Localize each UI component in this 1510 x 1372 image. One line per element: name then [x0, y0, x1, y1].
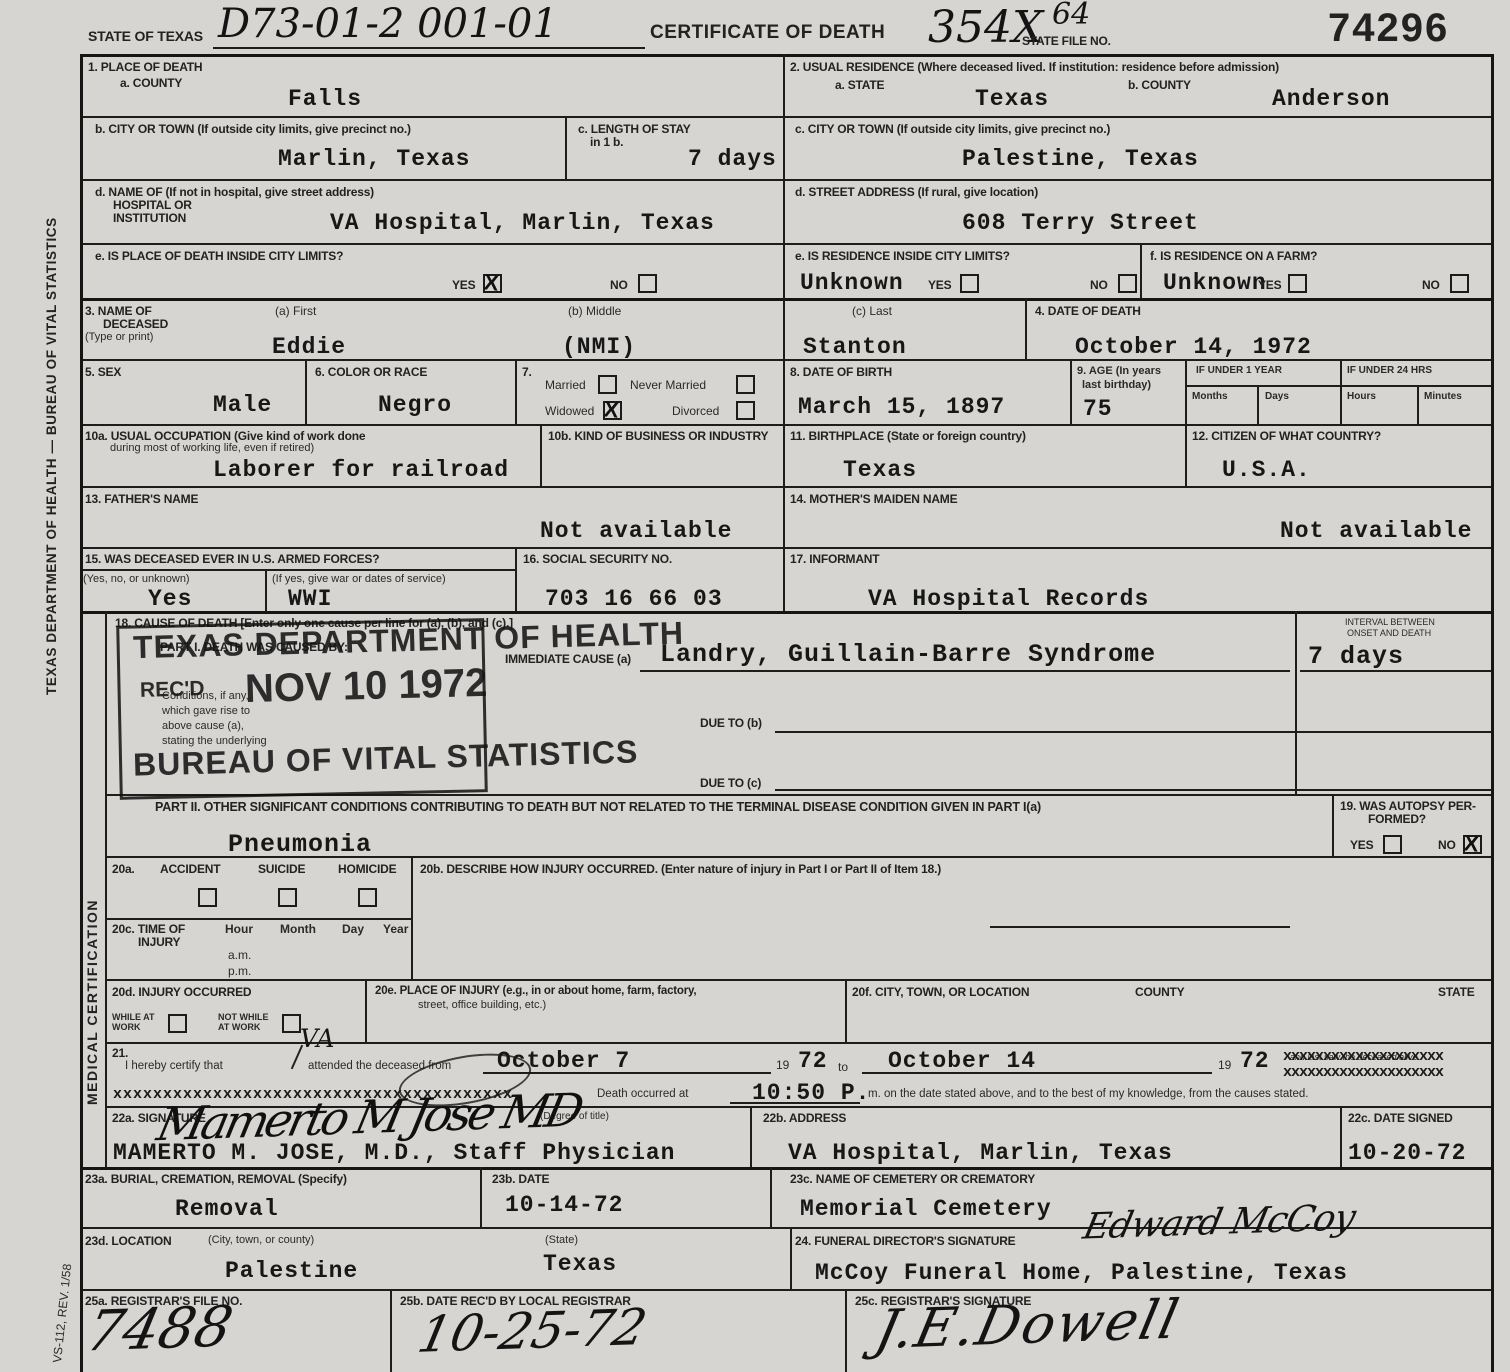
- county-value: Falls: [288, 88, 362, 111]
- line: [80, 116, 1493, 118]
- registrar-signature: J.E.Dowell: [871, 1293, 1185, 1357]
- first-name-value: Eddie: [272, 336, 346, 359]
- farm-value: Unknown: [1163, 272, 1267, 295]
- residence-city-value: Palestine, Texas: [962, 148, 1199, 171]
- due-to-c-label: DUE TO (c): [700, 776, 761, 790]
- funeral-director-label: 24. FUNERAL DIRECTOR'S SIGNATURE: [795, 1234, 1015, 1248]
- state-file-no-label: STATE FILE NO.: [1022, 34, 1111, 48]
- homicide-checkbox: [358, 888, 377, 907]
- length-of-stay-label: c. LENGTH OF STAY: [578, 122, 691, 136]
- street-address-value: 608 Terry Street: [962, 212, 1199, 235]
- divorced-label: Divorced: [672, 404, 719, 418]
- city-label: b. CITY OR TOWN (If outside city limits,…: [95, 122, 411, 136]
- yes-label: YES: [1350, 838, 1373, 852]
- marital-label: 7.: [522, 365, 532, 379]
- birthplace-label: 11. BIRTHPLACE (State or foreign country…: [790, 429, 1026, 443]
- line: [750, 1106, 752, 1167]
- line: [1257, 385, 1259, 424]
- citizen-label: 12. CITIZEN OF WHAT COUNTRY?: [1192, 429, 1381, 443]
- physician-name-value: MAMERTO M. JOSE, M.D., Staff Physician: [113, 1142, 676, 1165]
- line: [1340, 359, 1342, 424]
- injury-occurred-label: 20d. INJURY OCCURRED: [112, 985, 251, 999]
- line: [783, 54, 785, 611]
- physician-signature: Mamerto M Jose MD: [153, 1087, 584, 1148]
- death-city-limits-no-checkbox: [638, 274, 657, 293]
- last-name-label: (c) Last: [852, 304, 892, 318]
- accident-checkbox: [198, 888, 217, 907]
- farm-no-checkbox: [1450, 274, 1469, 293]
- ssn-label: 16. SOCIAL SECURITY NO.: [523, 552, 672, 566]
- line: [80, 54, 83, 1372]
- line: [1491, 54, 1494, 1372]
- line: [1140, 243, 1142, 298]
- attended-from-year: 72: [798, 1050, 828, 1073]
- line: [1185, 359, 1187, 424]
- place-of-death-section-label: 1. PLACE OF DEATH: [88, 60, 202, 74]
- months-label: Months: [1192, 391, 1228, 402]
- year-prefix1: 19: [776, 1058, 789, 1072]
- no-label: NO: [1090, 278, 1108, 292]
- date-of-death-label: 4. DATE OF DEATH: [1035, 304, 1141, 318]
- pm-label: p.m.: [228, 964, 251, 978]
- informant-value: VA Hospital Records: [868, 588, 1149, 611]
- line: [845, 979, 847, 1042]
- line: [1295, 611, 1297, 794]
- days-label: Days: [1265, 391, 1289, 402]
- not-while-at-work-checkbox: [282, 1014, 301, 1033]
- interval-value: 7 days: [1308, 644, 1404, 669]
- am-label: a.m.: [228, 948, 251, 962]
- handwritten-va: VA: [300, 1026, 334, 1051]
- date-signed-value: 10-20-72: [1348, 1142, 1466, 1165]
- date-signed-label: 22c. DATE SIGNED: [1348, 1111, 1453, 1125]
- burial-type-value: Removal: [175, 1198, 279, 1221]
- line: [80, 1289, 1493, 1291]
- street-address-label: d. STREET ADDRESS (If rural, give locati…: [795, 185, 1038, 199]
- occupation-label2: during most of working life, even if ret…: [110, 442, 314, 454]
- cemetery-value: Memorial Cemetery: [800, 1198, 1052, 1221]
- line: [480, 1167, 482, 1227]
- suicide-label: SUICIDE: [258, 862, 305, 876]
- hour-label: Hour: [225, 922, 253, 936]
- under-24hr-label: IF UNDER 24 HRS: [1347, 365, 1432, 376]
- line: [80, 486, 1493, 488]
- residence-state-label: a. STATE: [835, 78, 884, 92]
- race-value: Negro: [378, 394, 452, 417]
- farm-yes-checkbox: [1288, 274, 1307, 293]
- line: [1332, 794, 1334, 856]
- autopsy-no-checkbox: [1463, 835, 1482, 854]
- certificate-title: CERTIFICATE OF DEATH: [650, 22, 885, 44]
- occupation-label: 10a. USUAL OCCUPATION (Give kind of work…: [85, 429, 365, 443]
- armed-forces-label: 15. WAS DECEASED EVER IN U.S. ARMED FORC…: [85, 552, 379, 566]
- father-value: Not available: [540, 520, 732, 543]
- year-label: Year: [383, 922, 408, 936]
- line: [265, 569, 267, 611]
- line: [80, 1167, 1493, 1170]
- line: [845, 1289, 847, 1372]
- residence-city-limits-yes-checkbox: [960, 274, 979, 293]
- certificate-number: 74296: [1328, 6, 1449, 51]
- age-label2: last birthday): [1082, 379, 1151, 391]
- line: [1185, 385, 1493, 387]
- state-of-texas-label: STATE OF TEXAS: [88, 28, 203, 44]
- widowed-label: Widowed: [545, 404, 594, 418]
- injury-city-label: 20f. CITY, TOWN, OR LOCATION: [852, 985, 1029, 999]
- middle-name-value: (NMI): [562, 336, 636, 359]
- injury-20b-label: 20b. DESCRIBE HOW INJURY OCCURRED. (Ente…: [420, 862, 941, 876]
- time-of-injury-label2: INJURY: [138, 935, 180, 949]
- cemetery-label: 23c. NAME OF CEMETERY OR CREMATORY: [790, 1172, 1035, 1186]
- no-label: NO: [1438, 838, 1456, 852]
- residence-section-label: 2. USUAL RESIDENCE (Where deceased lived…: [790, 60, 1279, 74]
- line: [1025, 298, 1027, 359]
- residence-city-limits-value: Unknown: [800, 272, 904, 295]
- certify-num: 21.: [112, 1046, 128, 1060]
- farm-label: f. IS RESIDENCE ON A FARM?: [1150, 249, 1317, 263]
- line: [1300, 670, 1491, 672]
- under-1yr-label: IF UNDER 1 YEAR: [1196, 365, 1282, 376]
- divorced-checkbox: [736, 401, 755, 420]
- location-city-label: (City, town, or county): [208, 1234, 314, 1246]
- line: [565, 116, 567, 179]
- sex-label: 5. SEX: [85, 365, 121, 379]
- registrar-file-value: 7488: [81, 1300, 237, 1361]
- stamp-date: NOV 10 1972: [244, 661, 487, 712]
- handwritten-number-2: 64: [1052, 0, 1090, 30]
- line: [515, 547, 517, 611]
- line: [365, 979, 367, 1042]
- sidebar-medical-certification-label: MEDICAL CERTIFICATION: [84, 899, 100, 1105]
- residence-city-label: c. CITY OR TOWN (If outside city limits,…: [795, 122, 1110, 136]
- suicide-checkbox: [278, 888, 297, 907]
- certify-text1: I hereby certify that: [125, 1060, 223, 1072]
- death-city-limits-yes-checkbox: [483, 274, 502, 293]
- accident-label: ACCIDENT: [160, 862, 220, 876]
- autopsy-label: 19. WAS AUTOPSY PER-: [1340, 799, 1476, 813]
- mother-label: 14. MOTHER'S MAIDEN NAME: [790, 492, 957, 506]
- no-label: NO: [1422, 278, 1440, 292]
- married-label: Married: [545, 378, 586, 392]
- yes-label: YES: [1258, 278, 1281, 292]
- informant-label: 17. INFORMANT: [790, 552, 879, 566]
- registrar-date-value: 10-25-72: [414, 1302, 651, 1360]
- place-of-injury-label2: street, office building, etc.): [418, 999, 546, 1011]
- location-state-value: Texas: [543, 1253, 617, 1276]
- handwritten-district-code: D73-01-2 001-01: [218, 4, 558, 44]
- line: [515, 359, 517, 424]
- not-while-at-work-label: NOT WHILE: [218, 1012, 269, 1022]
- name-label3: (Type or print): [85, 331, 153, 343]
- never-married-label: Never Married: [630, 378, 706, 392]
- never-married-checkbox: [736, 375, 755, 394]
- yes-label: YES: [452, 278, 475, 292]
- line: [990, 926, 1290, 928]
- line: [80, 424, 1493, 426]
- occupation-value: Laborer for railroad: [213, 459, 509, 482]
- armed-forces-sub2: (If yes, give war or dates of service): [272, 573, 446, 585]
- funeral-director-signature: Edward McCoy: [1080, 1200, 1358, 1245]
- middle-name-label: (b) Middle: [568, 304, 621, 318]
- dob-value: March 15, 1897: [798, 396, 1005, 419]
- line: [213, 47, 645, 49]
- length-of-stay-label2: in 1 b.: [590, 135, 623, 149]
- hospital-value: VA Hospital, Marlin, Texas: [330, 212, 715, 235]
- armed-forces-value: Yes: [148, 588, 192, 611]
- injury-state-label: STATE: [1438, 985, 1475, 999]
- due-to-b-label: DUE TO (b): [700, 716, 762, 730]
- age-label: 9. AGE (In years: [1077, 365, 1161, 377]
- mother-value: Not available: [1280, 520, 1472, 543]
- death-city-limits-label: e. IS PLACE OF DEATH INSIDE CITY LIMITS?: [95, 249, 343, 263]
- homicide-label: HOMICIDE: [338, 862, 396, 876]
- immediate-cause-value: Landry, Guillain-Barre Syndrome: [660, 642, 1156, 667]
- minutes-label: Minutes: [1424, 391, 1462, 402]
- line: [1185, 424, 1187, 486]
- line: [80, 54, 1493, 57]
- sex-value: Male: [213, 394, 272, 417]
- line: [80, 179, 1493, 181]
- date-of-death-value: October 14, 1972: [1075, 336, 1312, 359]
- autopsy-yes-checkbox: [1383, 835, 1402, 854]
- line: [1340, 1106, 1342, 1167]
- address-label: 22b. ADDRESS: [763, 1111, 846, 1125]
- line: [775, 731, 1491, 733]
- hospital-label: d. NAME OF (If not in hospital, give str…: [95, 185, 374, 199]
- residence-city-limits-label: e. IS RESIDENCE INSIDE CITY LIMITS?: [795, 249, 1010, 263]
- no-label: NO: [610, 278, 628, 292]
- line: [411, 856, 413, 979]
- location-city-value: Palestine: [225, 1260, 358, 1283]
- x-out-marks: xxxxxxxxxxxxxxxxxxxx: [1283, 1048, 1443, 1065]
- line: [640, 670, 1290, 672]
- line: [1417, 385, 1419, 424]
- burial-label: 23a. BURIAL, CREMATION, REMOVAL (Specify…: [85, 1172, 347, 1186]
- part2-value: Pneumonia: [228, 832, 372, 857]
- armed-forces-sub1: (Yes, no, or unknown): [83, 573, 190, 585]
- while-at-work-label2: WORK: [112, 1022, 141, 1032]
- line: [80, 298, 1493, 301]
- married-checkbox: [598, 375, 617, 394]
- funeral-home-value: McCoy Funeral Home, Palestine, Texas: [815, 1262, 1348, 1285]
- residence-county-label: b. COUNTY: [1128, 78, 1191, 92]
- while-at-work-checkbox: [168, 1014, 187, 1033]
- death-certificate-scan: STATE OF TEXAS D73-01-2 001-01 CERTIFICA…: [0, 0, 1510, 1372]
- line: [80, 569, 516, 571]
- year-prefix2: 19: [1218, 1058, 1231, 1072]
- dob-label: 8. DATE OF BIRTH: [790, 365, 892, 379]
- residence-city-limits-no-checkbox: [1118, 274, 1137, 293]
- birthplace-value: Texas: [843, 459, 917, 482]
- location-label: 23d. LOCATION: [85, 1234, 172, 1248]
- address-value: VA Hospital, Marlin, Texas: [788, 1142, 1173, 1165]
- hospital-label2: HOSPITAL OR: [113, 198, 192, 212]
- death-occurred-label: Death occurred at: [597, 1088, 688, 1100]
- last-name-value: Stanton: [803, 336, 907, 359]
- war-value: WWI: [288, 588, 332, 611]
- to-label: to: [838, 1060, 848, 1074]
- place-of-injury-label: 20e. PLACE OF INJURY (e.g., in or about …: [375, 985, 696, 997]
- line: [540, 424, 542, 486]
- city-value: Marlin, Texas: [278, 148, 470, 171]
- line: [80, 547, 1493, 549]
- month-label: Month: [280, 922, 316, 936]
- not-while-at-work-label2: AT WORK: [218, 1022, 260, 1032]
- burial-date-label: 23b. DATE: [492, 1172, 549, 1186]
- sidebar-department-label: TEXAS DEPARTMENT OF HEALTH — BUREAU OF V…: [44, 217, 59, 695]
- form-number-label: VS-112, REV. 1/58: [50, 1263, 74, 1363]
- hours-label: Hours: [1347, 391, 1376, 402]
- caret-mark: [291, 1045, 303, 1070]
- name-label2: DECEASED: [103, 317, 168, 331]
- line: [862, 1072, 1212, 1074]
- widowed-checkbox: [603, 401, 622, 420]
- line: [790, 1227, 792, 1289]
- citizen-value: U.S.A.: [1222, 459, 1311, 482]
- residence-state-value: Texas: [975, 88, 1049, 111]
- part2-label: PART II. OTHER SIGNIFICANT CONDITIONS CO…: [155, 800, 1041, 814]
- line: [105, 918, 411, 920]
- interval-label2: ONSET AND DEATH: [1347, 628, 1431, 638]
- day-label: Day: [342, 922, 364, 936]
- race-label: 6. COLOR OR RACE: [315, 365, 427, 379]
- father-label: 13. FATHER'S NAME: [85, 492, 198, 506]
- yes-label: YES: [928, 278, 951, 292]
- line: [390, 1289, 392, 1372]
- line: [105, 979, 1493, 981]
- injury-20a-label: 20a.: [112, 862, 135, 876]
- stamp-recd: REC'D: [140, 677, 205, 703]
- line: [305, 359, 307, 424]
- burial-date-value: 10-14-72: [505, 1194, 623, 1217]
- x-out-marks: xxxxxxxxxxxxxxxxxxxx: [1283, 1064, 1443, 1081]
- certify-text2: m. on the date stated above, and to the …: [868, 1088, 1308, 1100]
- county-label: a. COUNTY: [120, 76, 182, 90]
- age-value: 75: [1083, 398, 1113, 421]
- interval-label: INTERVAL BETWEEN: [1345, 617, 1435, 627]
- first-name-label: (a) First: [275, 304, 316, 318]
- line: [1070, 359, 1072, 424]
- length-of-stay-value: 7 days: [688, 148, 777, 171]
- line: [770, 1167, 772, 1227]
- attended-to-year: 72: [1240, 1050, 1270, 1073]
- time-of-injury-label: 20c. TIME OF: [112, 922, 185, 936]
- autopsy-label2: FORMED?: [1368, 812, 1426, 826]
- location-state-label: (State): [545, 1234, 578, 1246]
- attended-to-value: October 14: [888, 1050, 1036, 1073]
- line: [80, 243, 1493, 245]
- ssn-value: 703 16 66 03: [545, 588, 723, 611]
- injury-county-label: COUNTY: [1135, 985, 1184, 999]
- while-at-work-label: WHILE AT: [112, 1012, 155, 1022]
- name-label: 3. NAME OF: [85, 304, 152, 318]
- residence-county-value: Anderson: [1272, 88, 1390, 111]
- line: [105, 611, 107, 1167]
- line: [730, 1102, 860, 1104]
- industry-label: 10b. KIND OF BUSINESS OR INDUSTRY: [548, 429, 768, 443]
- line: [775, 789, 1491, 791]
- hospital-label3: INSTITUTION: [113, 211, 186, 225]
